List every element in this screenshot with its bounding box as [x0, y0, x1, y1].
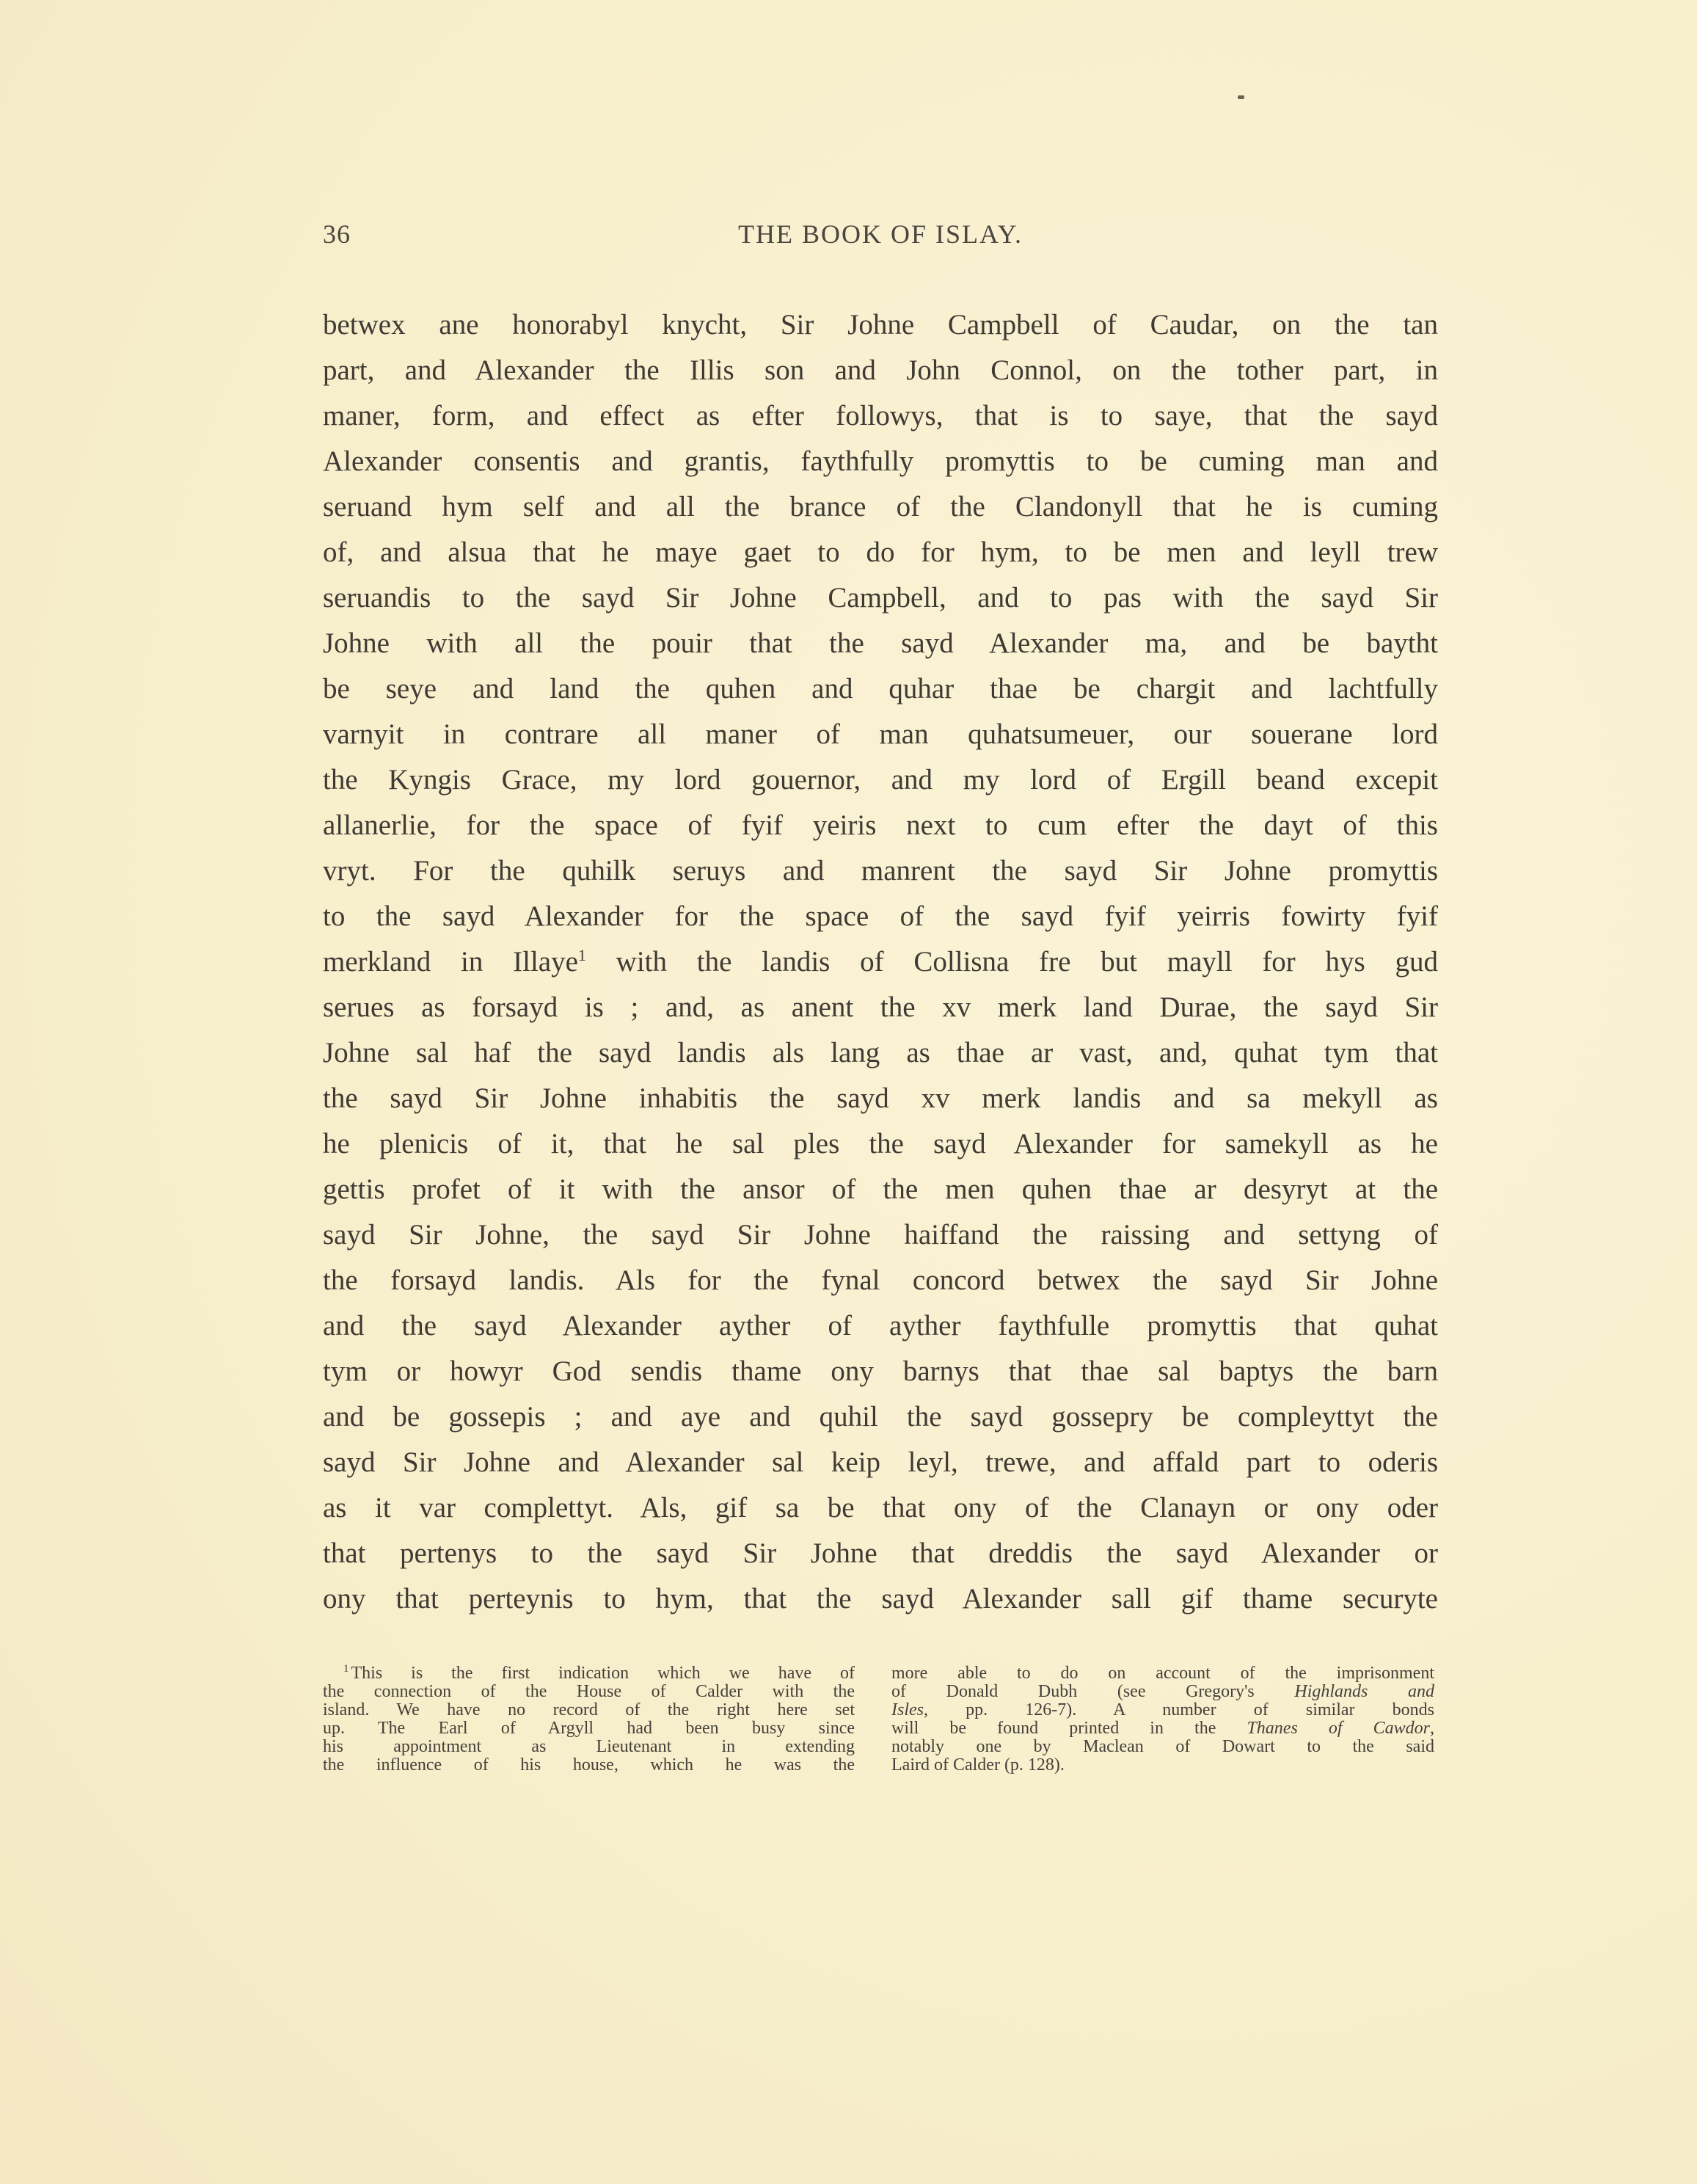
footnote-line: Laird of Calder (p. 128). [891, 1756, 1434, 1774]
text-line: Johne with all the pouir that the sayd A… [323, 621, 1438, 666]
book-title-isles: Isles [891, 1700, 924, 1719]
footnote-column-left: 1This is the first indication which we h… [323, 1664, 855, 1774]
footnote-reference[interactable]: 1 [578, 946, 586, 964]
text-line-with-footnote: merkland in Illaye1 with the landis of C… [323, 939, 1438, 985]
footnote-text: , pp. 126-7). A number of similar bonds [924, 1700, 1434, 1719]
page-title: THE BOOK OF ISLAY. [323, 219, 1438, 250]
footnotes: 1This is the first indication which we h… [323, 1664, 1438, 1841]
text-line: that pertenys to the sayd Sir Johne that… [323, 1531, 1438, 1576]
footnote-text: This is the first indication which we ha… [351, 1664, 855, 1683]
footnote-line: of Donald Dubh (see Gregory's Highlands … [891, 1683, 1434, 1701]
text-line: sayd Sir Johne, the sayd Sir Johne haiff… [323, 1212, 1438, 1258]
book-title-highlands: Highlands and [1294, 1682, 1434, 1701]
footnote-line: notably one by Maclean of Dowart to the … [891, 1738, 1434, 1756]
footnote-line: the connection of the House of Calder wi… [323, 1683, 855, 1701]
text-line: seruandis to the sayd Sir Johne Campbell… [323, 575, 1438, 621]
text-line: the sayd Sir Johne inhabitis the sayd xv… [323, 1076, 1438, 1121]
footnote-line: will be found printed in the Thanes of C… [891, 1719, 1434, 1738]
text-line: vryt. For the quhilk seruys and manrent … [323, 848, 1438, 894]
book-title-thanes: Thanes of Cawdor [1247, 1719, 1430, 1738]
text-line: as it var complettyt. Als, gif sa be tha… [323, 1485, 1438, 1531]
text-line: maner, form, and effect as efter followy… [323, 393, 1438, 439]
text-line: part, and Alexander the Illis son and Jo… [323, 348, 1438, 393]
text-segment: merkland in Illaye [323, 946, 578, 978]
text-line: of, and alsua that he maye gaet to do fo… [323, 530, 1438, 575]
text-line: and the sayd Alexander ayther of ayther … [323, 1303, 1438, 1349]
text-line: tym or howyr God sendis thame ony barnys… [323, 1349, 1438, 1394]
footnote-line: his appointment as Lieutenant in extendi… [323, 1738, 855, 1756]
text-line: allanerlie, for the space of fyif yeiris… [323, 803, 1438, 848]
text-line: varnyit in contrare all maner of man quh… [323, 712, 1438, 757]
footnote-line: 1This is the first indication which we h… [323, 1664, 855, 1683]
text-line: gettis profet of it with the ansor of th… [323, 1167, 1438, 1212]
text-segment: with the landis of Collisna fre but mayl… [586, 946, 1438, 978]
text-line: sayd Sir Johne and Alexander sal keip le… [323, 1440, 1438, 1485]
footnote-text: of Donald Dubh (see Gregory's [891, 1682, 1294, 1701]
text-line: ony that perteynis to hym, that the sayd… [323, 1576, 1438, 1622]
footnote-line: up. The Earl of Argyll had been busy sin… [323, 1719, 855, 1738]
text-line: the Kyngis Grace, my lord gouernor, and … [323, 757, 1438, 803]
body-text: betwex ane honorabyl knycht, Sir Johne C… [323, 302, 1438, 1622]
footnote-number: 1 [343, 1663, 349, 1675]
text-line: be seye and land the quhen and quhar tha… [323, 666, 1438, 712]
footnote-text: will be found printed in the [891, 1719, 1247, 1738]
footnote-text: , [1430, 1719, 1434, 1738]
footnote-line: island. We have no record of the right h… [323, 1701, 855, 1719]
text-line: and be gossepis ; and aye and quhil the … [323, 1394, 1438, 1440]
footnote-column-right: more able to do on account of the impris… [891, 1664, 1434, 1774]
running-head: 36 THE BOOK OF ISLAY. [323, 219, 1438, 255]
text-line: he plenicis of it, that he sal ples the … [323, 1121, 1438, 1167]
footnote-line: Isles, pp. 126-7). A number of similar b… [891, 1701, 1434, 1719]
paper-speck [1238, 95, 1244, 99]
text-line: the forsayd landis. Als for the fynal co… [323, 1258, 1438, 1303]
footnote-line: more able to do on account of the impris… [891, 1664, 1434, 1683]
text-line: to the sayd Alexander for the space of t… [323, 894, 1438, 939]
text-line: serues as forsayd is ; and, as anent the… [323, 985, 1438, 1030]
text-line: Alexander consentis and grantis, faythfu… [323, 439, 1438, 484]
text-line: Johne sal haf the sayd landis als lang a… [323, 1030, 1438, 1076]
text-line: betwex ane honorabyl knycht, Sir Johne C… [323, 302, 1438, 348]
text-line: seruand hym self and all the brance of t… [323, 484, 1438, 530]
footnote-line: the influence of his house, which he was… [323, 1756, 855, 1774]
